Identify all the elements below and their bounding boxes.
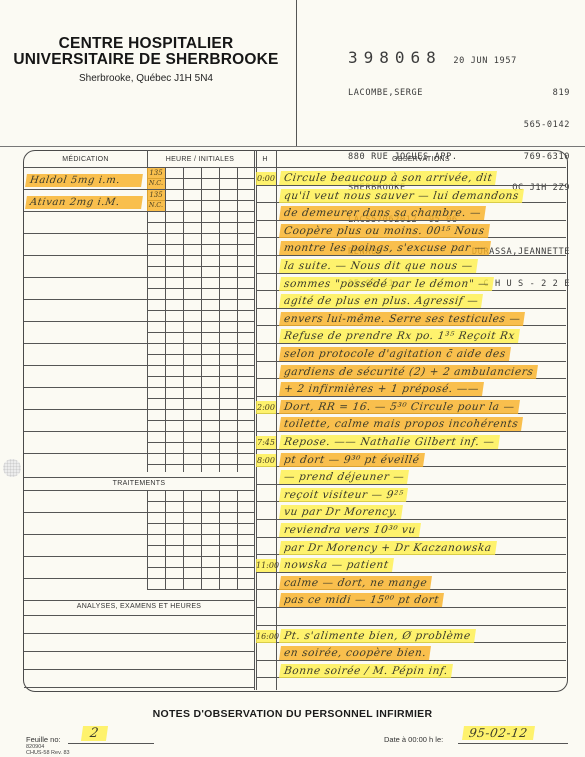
col-heure-header: HEURE / INITIALES [147, 156, 253, 163]
heure-half-line [147, 266, 254, 267]
observation-row: agité de plus en plus. Agressif — [256, 292, 566, 309]
section-analyses: ANALYSES, EXAMENS ET HEURES [24, 603, 254, 610]
heure-half-line [147, 398, 254, 399]
form-code-2: CHUS-58 Rev. 83 [26, 750, 70, 756]
trait-half-line [147, 501, 254, 502]
analyses-top [24, 600, 254, 601]
observation-row: envers lui-même. Serre ses testicules — [256, 310, 566, 327]
med-row-line [24, 409, 254, 410]
observation-text: calme — dort, ne mange [279, 576, 432, 590]
phone-1: 565-0142 [348, 120, 570, 131]
sheet-number-field[interactable]: 2 [81, 726, 108, 741]
trait-row-line [24, 534, 254, 535]
observation-row: en soirée, coopère bien. [256, 644, 566, 661]
trait-half-line [147, 567, 254, 568]
med-row-line [24, 343, 254, 344]
observation-text: la suite. — Nous dit que nous — [279, 259, 478, 273]
punch-hole [3, 459, 21, 477]
observation-text: gardiens de sécurité (2) + 2 ambulancier… [279, 365, 538, 379]
date-label: Date à 00:00 h le: [384, 735, 443, 744]
observation-text: montre les poings, s'excuse par — [279, 241, 491, 255]
observation-text: nowska — patient [279, 558, 394, 572]
observation-text: reçoit visiteur — 9²⁵ [279, 488, 408, 502]
observation-text: Bonne soirée / M. Pépin inf. [279, 664, 453, 678]
observation-row: pas ce midi — 15⁰⁰ pt dort [256, 591, 566, 608]
observation-row: la suite. — Nous dit que nous — [256, 257, 566, 274]
observation-text: Refuse de prendre Rx po. 1³⁵ Reçoit Rx [279, 329, 520, 343]
traitements-top [24, 477, 254, 478]
hospital-name-line2: UNIVERSITAIRE DE SHERBROOKE [0, 52, 292, 68]
trait-heure-divider [147, 490, 148, 590]
heure-half-line [147, 288, 254, 289]
med-row-line [24, 277, 254, 278]
observation-row: 2:00Dort, RR = 16. — 5³⁰ Circule pour la… [256, 398, 566, 415]
observation-time: 2:00 [256, 401, 276, 414]
file-number: 398068 [348, 48, 442, 67]
med-row-line [24, 387, 254, 388]
heure-subcol [201, 490, 202, 590]
date-underline [458, 743, 568, 744]
observation-row: 8:00pt dort — 9³⁰ pt éveillé [256, 451, 566, 468]
observation-text: en soirée, coopère bien. [279, 646, 431, 660]
observation-text: reviendra vers 10³⁰ vu [279, 523, 421, 537]
observation-row [256, 609, 566, 626]
medication-time: 135 [147, 190, 165, 200]
heure-half-line [147, 310, 254, 311]
heure-subcol [165, 490, 166, 590]
observation-text: pt dort — 9³⁰ pt éveillé [279, 453, 424, 467]
heure-subcol [183, 490, 184, 590]
observation-row: montre les poings, s'excuse par — [256, 239, 566, 256]
med-row-line [24, 365, 254, 366]
observation-text: selon protocole d'agitation c̄ aide des [279, 347, 511, 361]
trait-half-line [147, 523, 254, 524]
heure-half-line [147, 464, 254, 465]
header-row-line [24, 167, 566, 168]
med-row-line [24, 321, 254, 322]
observation-text: Pt. s'alimente bien, Ø problème [279, 629, 476, 643]
observation-row: calme — dort, ne mange [256, 574, 566, 591]
med-row-line [24, 453, 254, 454]
sheet-underline [68, 743, 154, 744]
heure-half-line [147, 332, 254, 333]
col-h-header: H [255, 156, 275, 163]
observation-text: toilette, calme mais propos incohérents [279, 417, 523, 431]
hospital-address: Sherbrooke, Québec J1H 5N4 [0, 73, 292, 84]
heure-subcol [237, 490, 238, 590]
heure-half-line [147, 354, 254, 355]
observation-text: pas ce midi — 15⁰⁰ pt dort [279, 593, 444, 607]
heure-h-divider [254, 150, 255, 690]
heure-subcol [219, 490, 220, 590]
col-observations-header: OBSERVATIONS [276, 156, 566, 163]
medication-name: Haldol 5mg i.m. [25, 174, 143, 187]
trait-row-line [24, 556, 254, 557]
observation-row: Bonne soirée / M. Pépin inf. [256, 662, 566, 679]
observation-time: 16:00 [256, 630, 276, 643]
observation-text: envers lui-même. Serre ses testicules — [279, 312, 525, 326]
observation-row: Refuse de prendre Rx po. 1³⁵ Reçoit Rx [256, 327, 566, 344]
analyses-row-line [24, 651, 254, 652]
observation-row: vu par Dr Morency. [256, 503, 566, 520]
observation-text: + 2 infirmières + 1 préposé. —— [279, 382, 484, 396]
observation-text: de demeurer dans sa chambre. — [279, 206, 486, 220]
heure-half-line [147, 376, 254, 377]
med-row-line [24, 255, 254, 256]
form-title: NOTES D'OBSERVATION DU PERSONNEL INFIRMI… [0, 708, 585, 720]
trait-half-line [147, 589, 254, 590]
med-row-line [24, 299, 254, 300]
observation-time: 11:00 [256, 559, 276, 572]
sheet-label: Feuille no: [26, 735, 61, 744]
observation-time: 0:00 [256, 172, 276, 185]
observation-row: 0:00Circule beaucoup à son arrivée, dit [256, 169, 566, 186]
analyses-bottom [24, 615, 254, 616]
analyses-row-line [24, 669, 254, 670]
observation-row: 11:00nowska — patient [256, 556, 566, 573]
observation-text: par Dr Morency + Dr Kaczanowska [279, 541, 497, 555]
trait-half-line [147, 545, 254, 546]
birth-date: 20 JUN 1957 [453, 56, 517, 66]
observation-text: — prend déjeuner — [279, 470, 409, 484]
heure-half-line [147, 244, 254, 245]
observation-text: agité de plus en plus. Agressif — [279, 294, 483, 308]
observation-text: Coopère plus ou moins. 00¹⁵ Nous [279, 224, 490, 238]
trait-row-line [24, 578, 254, 579]
med-row-line [24, 431, 254, 432]
hospital-name-line1: CENTRE HOSPITALIER [0, 36, 292, 52]
area-code: 819 [553, 88, 570, 99]
observation-text: Circule beaucoup à son arrivée, dit [279, 171, 497, 185]
observation-row: Coopère plus ou moins. 00¹⁵ Nous [256, 222, 566, 239]
observation-time: 8:00 [256, 454, 276, 467]
col-medication-header: MÉDICATION [24, 156, 147, 163]
observation-row: toilette, calme mais propos incohérents [256, 415, 566, 432]
observation-row: selon protocole d'agitation c̄ aide des [256, 345, 566, 362]
observation-text: Repose. —— Nathalie Gilbert inf. — [279, 435, 500, 449]
hospital-name: CENTRE HOSPITALIER UNIVERSITAIRE DE SHER… [0, 36, 292, 68]
med-row-line [24, 233, 254, 234]
observation-row: 16:00Pt. s'alimente bien, Ø problème [256, 627, 566, 644]
heure-half-line [147, 442, 254, 443]
observation-row: de demeurer dans sa chambre. — [256, 204, 566, 221]
observation-row: reçoit visiteur — 9²⁵ [256, 486, 566, 503]
medication-initials: N.C. [147, 200, 165, 211]
medication-row[interactable]: Haldol 5mg i.m.135N.C. [24, 172, 254, 192]
medication-time: 135 [147, 168, 165, 178]
observation-text: Dort, RR = 16. — 5³⁰ Circule pour la — [279, 400, 520, 414]
medication-row[interactable]: Ativan 2mg i.M.135N.C. [24, 194, 254, 214]
observation-row: gardiens de sécurité (2) + 2 ambulancier… [256, 363, 566, 380]
observation-time: 7:45 [256, 436, 276, 449]
analyses-row-line [24, 633, 254, 634]
observation-row: sommes "possédé par le démon" — [256, 275, 566, 292]
observation-row: + 2 infirmières + 1 préposé. —— [256, 380, 566, 397]
observation-row: qu'il veut nous sauver — lui demandons [256, 187, 566, 204]
traitements-bottom [24, 490, 254, 491]
observation-row: reviendra vers 10³⁰ vu [256, 521, 566, 538]
analyses-row-line [24, 687, 254, 688]
observation-row: — prend déjeuner — [256, 468, 566, 485]
observation-row: par Dr Morency + Dr Kaczanowska [256, 539, 566, 556]
medication-initials: N.C. [147, 178, 165, 189]
observation-text: qu'il veut nous sauver — lui demandons [279, 189, 524, 203]
section-traitements: TRAITEMENTS [24, 480, 254, 487]
observation-row: 7:45Repose. —— Nathalie Gilbert inf. — [256, 433, 566, 450]
header-divider [296, 0, 297, 147]
observation-text: vu par Dr Morency. [279, 505, 403, 519]
patient-name: LACOMBE,SERGE [348, 88, 423, 99]
observation-text: sommes "possédé par le démon" — [279, 277, 494, 291]
heure-half-line [147, 222, 254, 223]
trait-row-line [24, 512, 254, 513]
date-field[interactable]: 95-02-12 [462, 726, 535, 740]
heure-half-line [147, 420, 254, 421]
medication-name: Ativan 2mg i.M. [25, 196, 143, 209]
